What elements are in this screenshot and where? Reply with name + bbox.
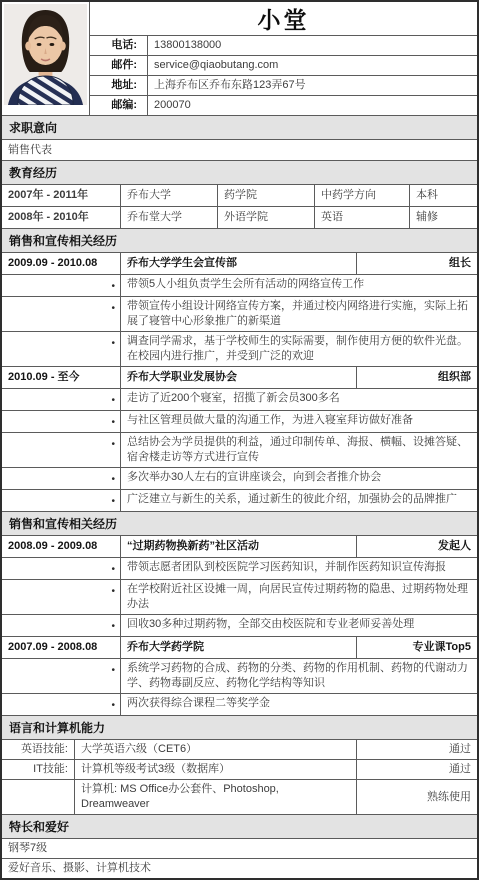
experience-bullet-row: • 回收30多种过期药物，全部交由校医院和专业老师妥善处理 — [2, 614, 477, 636]
experience-bullet-text: 与社区管理员做大量的沟通工作，为进入寝室拜访做好准备 — [120, 411, 477, 432]
email-label: 邮件: — [90, 56, 147, 75]
experience-bullet-text: 走访了近200个寝室，招揽了新会员300多名 — [120, 389, 477, 410]
education-period: 2007年 - 2011年 — [2, 185, 120, 206]
education-major: 英语 — [314, 207, 409, 228]
experience-bullet-row: • 带领志愿者团队到校医院学习医药知识，并制作医药知识宣传海报 — [2, 557, 477, 579]
experience-role: 组织部 — [356, 367, 477, 388]
bullet-icon: • — [2, 332, 120, 366]
applicant-photo — [2, 2, 90, 115]
skill-row-english: 英语技能: 大学英语六级（CET6） 通过 — [2, 739, 477, 759]
experience-bullet-text: 调查同学需求，基于学校师生的实际需要，制作使用方便的软件光盘。在校园内进行推广，… — [120, 332, 477, 366]
bullet-icon: • — [2, 490, 120, 511]
resume-header: 小堂 电话: 13800138000 邮件: service@qiaobutan… — [2, 2, 477, 115]
education-period: 2008年 - 2010年 — [2, 207, 120, 228]
experience-org: 乔布大学职业发展协会 — [120, 367, 356, 388]
address-label: 地址: — [90, 76, 147, 95]
education-degree: 本科 — [409, 185, 477, 206]
applicant-name: 小堂 — [90, 2, 477, 35]
experience-bullet-row: • 系统学习药物的合成、药物的分类、药物的作用机制、药物的代谢动力学、药物毒副反… — [2, 658, 477, 693]
zipcode-value: 200070 — [147, 96, 477, 115]
bullet-icon: • — [2, 297, 120, 331]
section-title-skills: 语言和计算机能力 — [2, 715, 477, 739]
experience-bullet-text: 两次获得综合课程二等奖学金 — [120, 694, 477, 715]
skill-value: 大学英语六级（CET6） — [74, 740, 356, 759]
bullet-icon: • — [2, 615, 120, 636]
experience-bullet-text: 总结协会为学员提供的利益，通过印制传单、海报、横幅、设摊答疑、宿舍楼走访等方式进… — [120, 433, 477, 467]
education-row: 2008年 - 2010年 乔布堂大学 外语学院 英语 辅修 — [2, 206, 477, 228]
experience-org: 乔布大学药学院 — [120, 637, 356, 658]
email-value: service@qiaobutang.com — [147, 56, 477, 75]
experience-bullet-row: • 带领5人小组负责学生会所有活动的网络宣传工作 — [2, 274, 477, 296]
experience-bullet-text: 带领宣传小组设计网络宣传方案，并通过校内网络进行实施，实际上拓展了寝管中心形象推… — [120, 297, 477, 331]
bullet-icon: • — [2, 580, 120, 614]
experience-bullet-row: • 广泛建立与新生的关系，通过新生的彼此介绍，加强协会的品牌推广 — [2, 489, 477, 511]
contact-row-zipcode: 邮编: 200070 — [90, 95, 477, 115]
education-school: 乔布堂大学 — [120, 207, 217, 228]
education-row: 2007年 - 2011年 乔布大学 药学院 中药学方向 本科 — [2, 184, 477, 206]
bullet-icon: • — [2, 659, 120, 693]
experience-period: 2007.09 - 2008.08 — [2, 637, 120, 658]
skill-row-it: IT技能: 计算机等级考试3级（数据库） 通过 — [2, 759, 477, 779]
experience-bullet-row: • 与社区管理员做大量的沟通工作，为进入寝室拜访做好准备 — [2, 410, 477, 432]
education-college: 药学院 — [217, 185, 314, 206]
education-degree: 辅修 — [409, 207, 477, 228]
skill-status: 通过 — [356, 760, 477, 779]
zipcode-label: 邮编: — [90, 96, 147, 115]
experience-bullet-row: • 两次获得综合课程二等奖学金 — [2, 693, 477, 715]
contact-row-address: 地址: 上海乔布区乔布东路123弄67号 — [90, 75, 477, 95]
resume-document: 小堂 电话: 13800138000 邮件: service@qiaobutan… — [0, 0, 479, 880]
bullet-icon: • — [2, 468, 120, 489]
experience-bullet-text: 在学校附近社区设摊一周，向居民宣传过期药物的隐患、过期药物处理办法 — [120, 580, 477, 614]
experience-bullet-text: 带领5人小组负责学生会所有活动的网络宣传工作 — [120, 275, 477, 296]
objective-value: 销售代表 — [2, 140, 58, 160]
education-school: 乔布大学 — [120, 185, 217, 206]
skill-label: IT技能: — [2, 760, 74, 779]
section-title-education: 教育经历 — [2, 160, 477, 184]
experience-bullet-row: • 总结协会为学员提供的利益，通过印制传单、海报、横幅、设摊答疑、宿舍楼走访等方… — [2, 432, 477, 467]
skill-row-computer: 计算机: MS Office办公套件、Photoshop, Dreamweave… — [2, 779, 477, 814]
section-title-experience-1: 销售和宣传相关经历 — [2, 228, 477, 252]
experience-bullet-row: • 调查同学需求，基于学校师生的实际需要，制作使用方便的软件光盘。在校园内进行推… — [2, 331, 477, 366]
skill-label: 英语技能: — [2, 740, 74, 759]
education-major: 中药学方向 — [314, 185, 409, 206]
experience-period: 2010.09 - 至今 — [2, 367, 120, 388]
experience-role: 组长 — [356, 253, 477, 274]
hobby-item: 钢琴7级 — [2, 839, 53, 858]
contact-row-email: 邮件: service@qiaobutang.com — [90, 55, 477, 75]
address-value: 上海乔布区乔布东路123弄67号 — [147, 76, 477, 95]
contact-row-phone: 电话: 13800138000 — [90, 35, 477, 55]
bullet-icon: • — [2, 275, 120, 296]
experience-bullet-text: 回收30多种过期药物，全部交由校医院和专业老师妥善处理 — [120, 615, 477, 636]
header-contact-block: 小堂 电话: 13800138000 邮件: service@qiaobutan… — [90, 2, 477, 115]
experience-header: 2007.09 - 2008.08 乔布大学药学院 专业课Top5 — [2, 636, 477, 658]
phone-value: 13800138000 — [147, 36, 477, 55]
experience-bullet-text: 系统学习药物的合成、药物的分类、药物的作用机制、药物的代谢动力学、药物毒副反应、… — [120, 659, 477, 693]
experience-bullet-text: 带领志愿者团队到校医院学习医药知识，并制作医药知识宣传海报 — [120, 558, 477, 579]
experience-period: 2009.09 - 2010.08 — [2, 253, 120, 274]
bullet-icon: • — [2, 411, 120, 432]
experience-header: 2010.09 - 至今 乔布大学职业发展协会 组织部 — [2, 366, 477, 388]
experience-org: “过期药物换新药”社区活动 — [120, 536, 356, 557]
skill-status: 通过 — [356, 740, 477, 759]
phone-label: 电话: — [90, 36, 147, 55]
experience-header: 2009.09 - 2010.08 乔布大学学生会宣传部 组长 — [2, 252, 477, 274]
bullet-icon: • — [2, 389, 120, 410]
experience-bullet-row: • 在学校附近社区设摊一周，向居民宣传过期药物的隐患、过期药物处理办法 — [2, 579, 477, 614]
bullet-icon: • — [2, 694, 120, 715]
experience-period: 2008.09 - 2009.08 — [2, 536, 120, 557]
section-title-objective: 求职意向 — [2, 115, 477, 139]
experience-bullet-row: • 带领宣传小组设计网络宣传方案，并通过校内网络进行实施，实际上拓展了寝管中心形… — [2, 296, 477, 331]
experience-role: 专业课Top5 — [356, 637, 477, 658]
skill-value: 计算机等级考试3级（数据库） — [74, 760, 356, 779]
experience-role: 发起人 — [356, 536, 477, 557]
applicant-photo-illustration — [4, 4, 87, 105]
section-title-hobbies: 特长和爱好 — [2, 814, 477, 838]
education-college: 外语学院 — [217, 207, 314, 228]
hobby-item: 爱好音乐、摄影、计算机技术 — [2, 859, 157, 878]
experience-bullet-row: • 多次举办30人左右的宣讲座谈会，向到会者推介协会 — [2, 467, 477, 489]
skill-status: 熟练使用 — [356, 780, 477, 814]
bullet-icon: • — [2, 558, 120, 579]
skill-value: 计算机: MS Office办公套件、Photoshop, Dreamweave… — [74, 780, 356, 814]
experience-header: 2008.09 - 2009.08 “过期药物换新药”社区活动 发起人 — [2, 535, 477, 557]
bullet-icon: • — [2, 433, 120, 467]
section-title-experience-2: 销售和宣传相关经历 — [2, 511, 477, 535]
experience-bullet-text: 多次举办30人左右的宣讲座谈会，向到会者推介协会 — [120, 468, 477, 489]
skill-label — [2, 780, 74, 814]
experience-org: 乔布大学学生会宣传部 — [120, 253, 356, 274]
experience-bullet-row: • 走访了近200个寝室，招揽了新会员300多名 — [2, 388, 477, 410]
experience-bullet-text: 广泛建立与新生的关系，通过新生的彼此介绍，加强协会的品牌推广 — [120, 490, 477, 511]
